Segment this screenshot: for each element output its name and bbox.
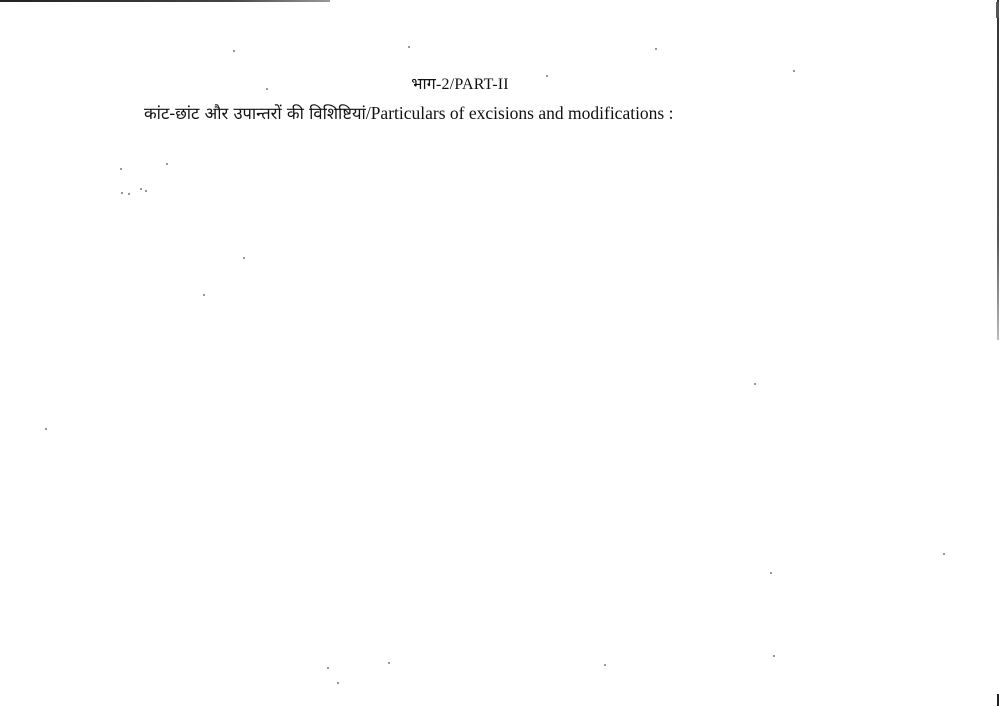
scan-bottom-right-mark xyxy=(997,694,999,706)
scan-speck xyxy=(45,428,47,430)
scan-speck xyxy=(140,188,142,190)
scan-speck xyxy=(754,383,756,385)
scan-speck xyxy=(770,572,772,574)
scan-right-edge-shadow xyxy=(997,0,999,340)
scan-speck xyxy=(266,88,268,90)
section-subheading: कांट-छांट और उपान्तरों की विशिष्टियां/Pa… xyxy=(144,101,673,124)
scan-speck xyxy=(793,70,795,72)
part-heading-english: PART-II xyxy=(454,76,508,93)
scan-speck xyxy=(337,682,339,684)
scan-speck xyxy=(166,163,168,165)
scan-speck xyxy=(145,190,147,192)
scan-speck xyxy=(773,655,775,657)
scan-speck xyxy=(128,193,130,195)
part-heading-hindi: भाग-2 xyxy=(411,76,450,93)
subheading-hindi: कांट-छांट और उपान्तरों की विशिष्टियां xyxy=(144,104,366,123)
scan-speck xyxy=(120,168,122,170)
scan-speck xyxy=(546,75,548,77)
scan-speck xyxy=(655,48,657,50)
scan-speck xyxy=(243,257,245,259)
subheading-english: Particulars of excisions and modificatio… xyxy=(371,103,674,123)
scan-speck xyxy=(233,50,235,52)
scan-speck xyxy=(604,664,606,666)
part-heading: भाग-2/PART-II xyxy=(0,72,920,94)
scan-speck xyxy=(943,553,945,555)
scan-speck xyxy=(203,294,205,296)
scan-speck xyxy=(408,46,410,48)
scan-speck xyxy=(388,662,390,664)
scan-top-edge-shadow xyxy=(0,0,330,2)
scan-right-edge-mark xyxy=(996,2,999,18)
scan-speck xyxy=(121,192,123,194)
scan-speck xyxy=(327,667,329,669)
